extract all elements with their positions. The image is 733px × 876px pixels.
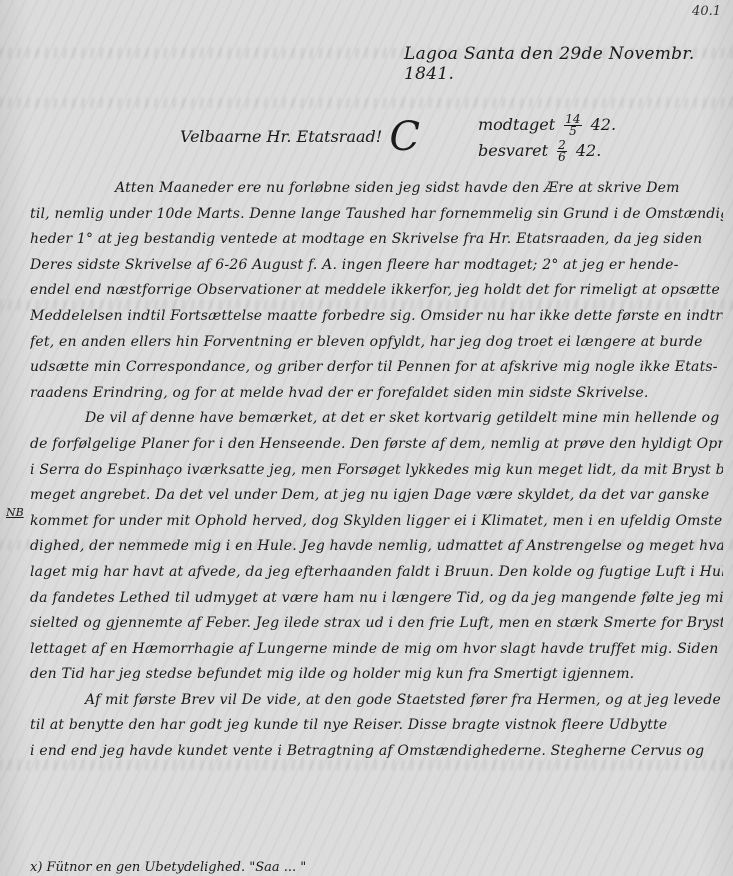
received-label: modtaget	[478, 115, 555, 134]
text-line: sielted og gjennemte af Feber. Jeg ilede…	[30, 611, 723, 637]
answered-year: 42.	[576, 141, 601, 160]
answered-date-fraction: 2 6	[557, 140, 567, 163]
received-line: modtaget 14 5 42.	[478, 112, 616, 138]
letter-body: Atten Maaneder ere nu forløbne siden jeg…	[30, 176, 723, 765]
text-line: meget angrebet. Da det vel under Dem, at…	[30, 483, 723, 509]
answered-label: besvaret	[478, 141, 548, 160]
text-line: til at benytte den har godt jeg kunde ti…	[30, 713, 723, 739]
text-line: den Tid har jeg stedse befundet mig ilde…	[30, 662, 723, 688]
folio-number: 40.1	[692, 4, 721, 19]
text-line: i end end jeg havde kundet vente i Betra…	[30, 739, 723, 765]
text-line: da fandetes Lethed til udmyget at være h…	[30, 586, 723, 612]
text-line: kommet for under mit Ophold herved, dog …	[30, 509, 723, 535]
text-line: De vil af denne have bemærket, at det er…	[30, 406, 723, 432]
text-line: i Serra do Espinhaço iværksatte jeg, men…	[30, 458, 723, 484]
salutation: Velbaarne Hr. Etatsraad! C	[180, 114, 420, 160]
text-line: dighed, der nemmede mig i en Hule. Jeg h…	[30, 534, 723, 560]
text-line: raadens Erindring, og for at melde hvad …	[30, 381, 723, 407]
text-line: laget mig har havt at afvede, da jeg eft…	[30, 560, 723, 586]
receipt-annotation: modtaget 14 5 42. besvaret 2 6 42.	[478, 112, 616, 164]
flourish-initial: C	[389, 114, 420, 160]
text-line: udsætte min Correspondance, og griber de…	[30, 355, 723, 381]
text-line: heder 1° at jeg bestandig ventede at mod…	[30, 227, 723, 253]
answered-line: besvaret 2 6 42.	[478, 138, 616, 164]
text-line: endel end næstforrige Observationer at m…	[30, 278, 723, 304]
place-date-heading: Lagoa Santa den 29de Novembr. 1841.	[404, 44, 733, 84]
text-line: Atten Maaneder ere nu forløbne siden jeg…	[30, 176, 723, 202]
footnote: x) Fütnor en gen Ubetydelighed. "Saa ...…	[30, 860, 306, 875]
text-line: de forfølgelige Planer for i den Henseen…	[30, 432, 723, 458]
bleed-through	[0, 98, 733, 108]
received-year: 42.	[591, 115, 616, 134]
letter-page: 40.1 Lagoa Santa den 29de Novembr. 1841.…	[0, 0, 733, 876]
answered-month: 6	[557, 152, 567, 163]
salutation-text: Velbaarne Hr. Etatsraad	[180, 127, 376, 146]
text-line: Af mit første Brev vil De vide, at den g…	[30, 688, 723, 714]
text-line: lettaget af en Hæmorrhagie af Lungerne m…	[30, 637, 723, 663]
received-month: 5	[564, 126, 581, 137]
margin-note-nb: NB	[6, 506, 24, 519]
text-line: Deres sidste Skrivelse af 6-26 August f.…	[30, 253, 723, 279]
text-line: til, nemlig under 10de Marts. Denne lang…	[30, 202, 723, 228]
received-date-fraction: 14 5	[564, 114, 581, 137]
text-line: fet, en anden ellers hin Forventning er …	[30, 330, 723, 356]
salutation-suffix: !	[376, 127, 382, 146]
text-line: Meddelelsen indtil Fortsættelse maatte f…	[30, 304, 723, 330]
